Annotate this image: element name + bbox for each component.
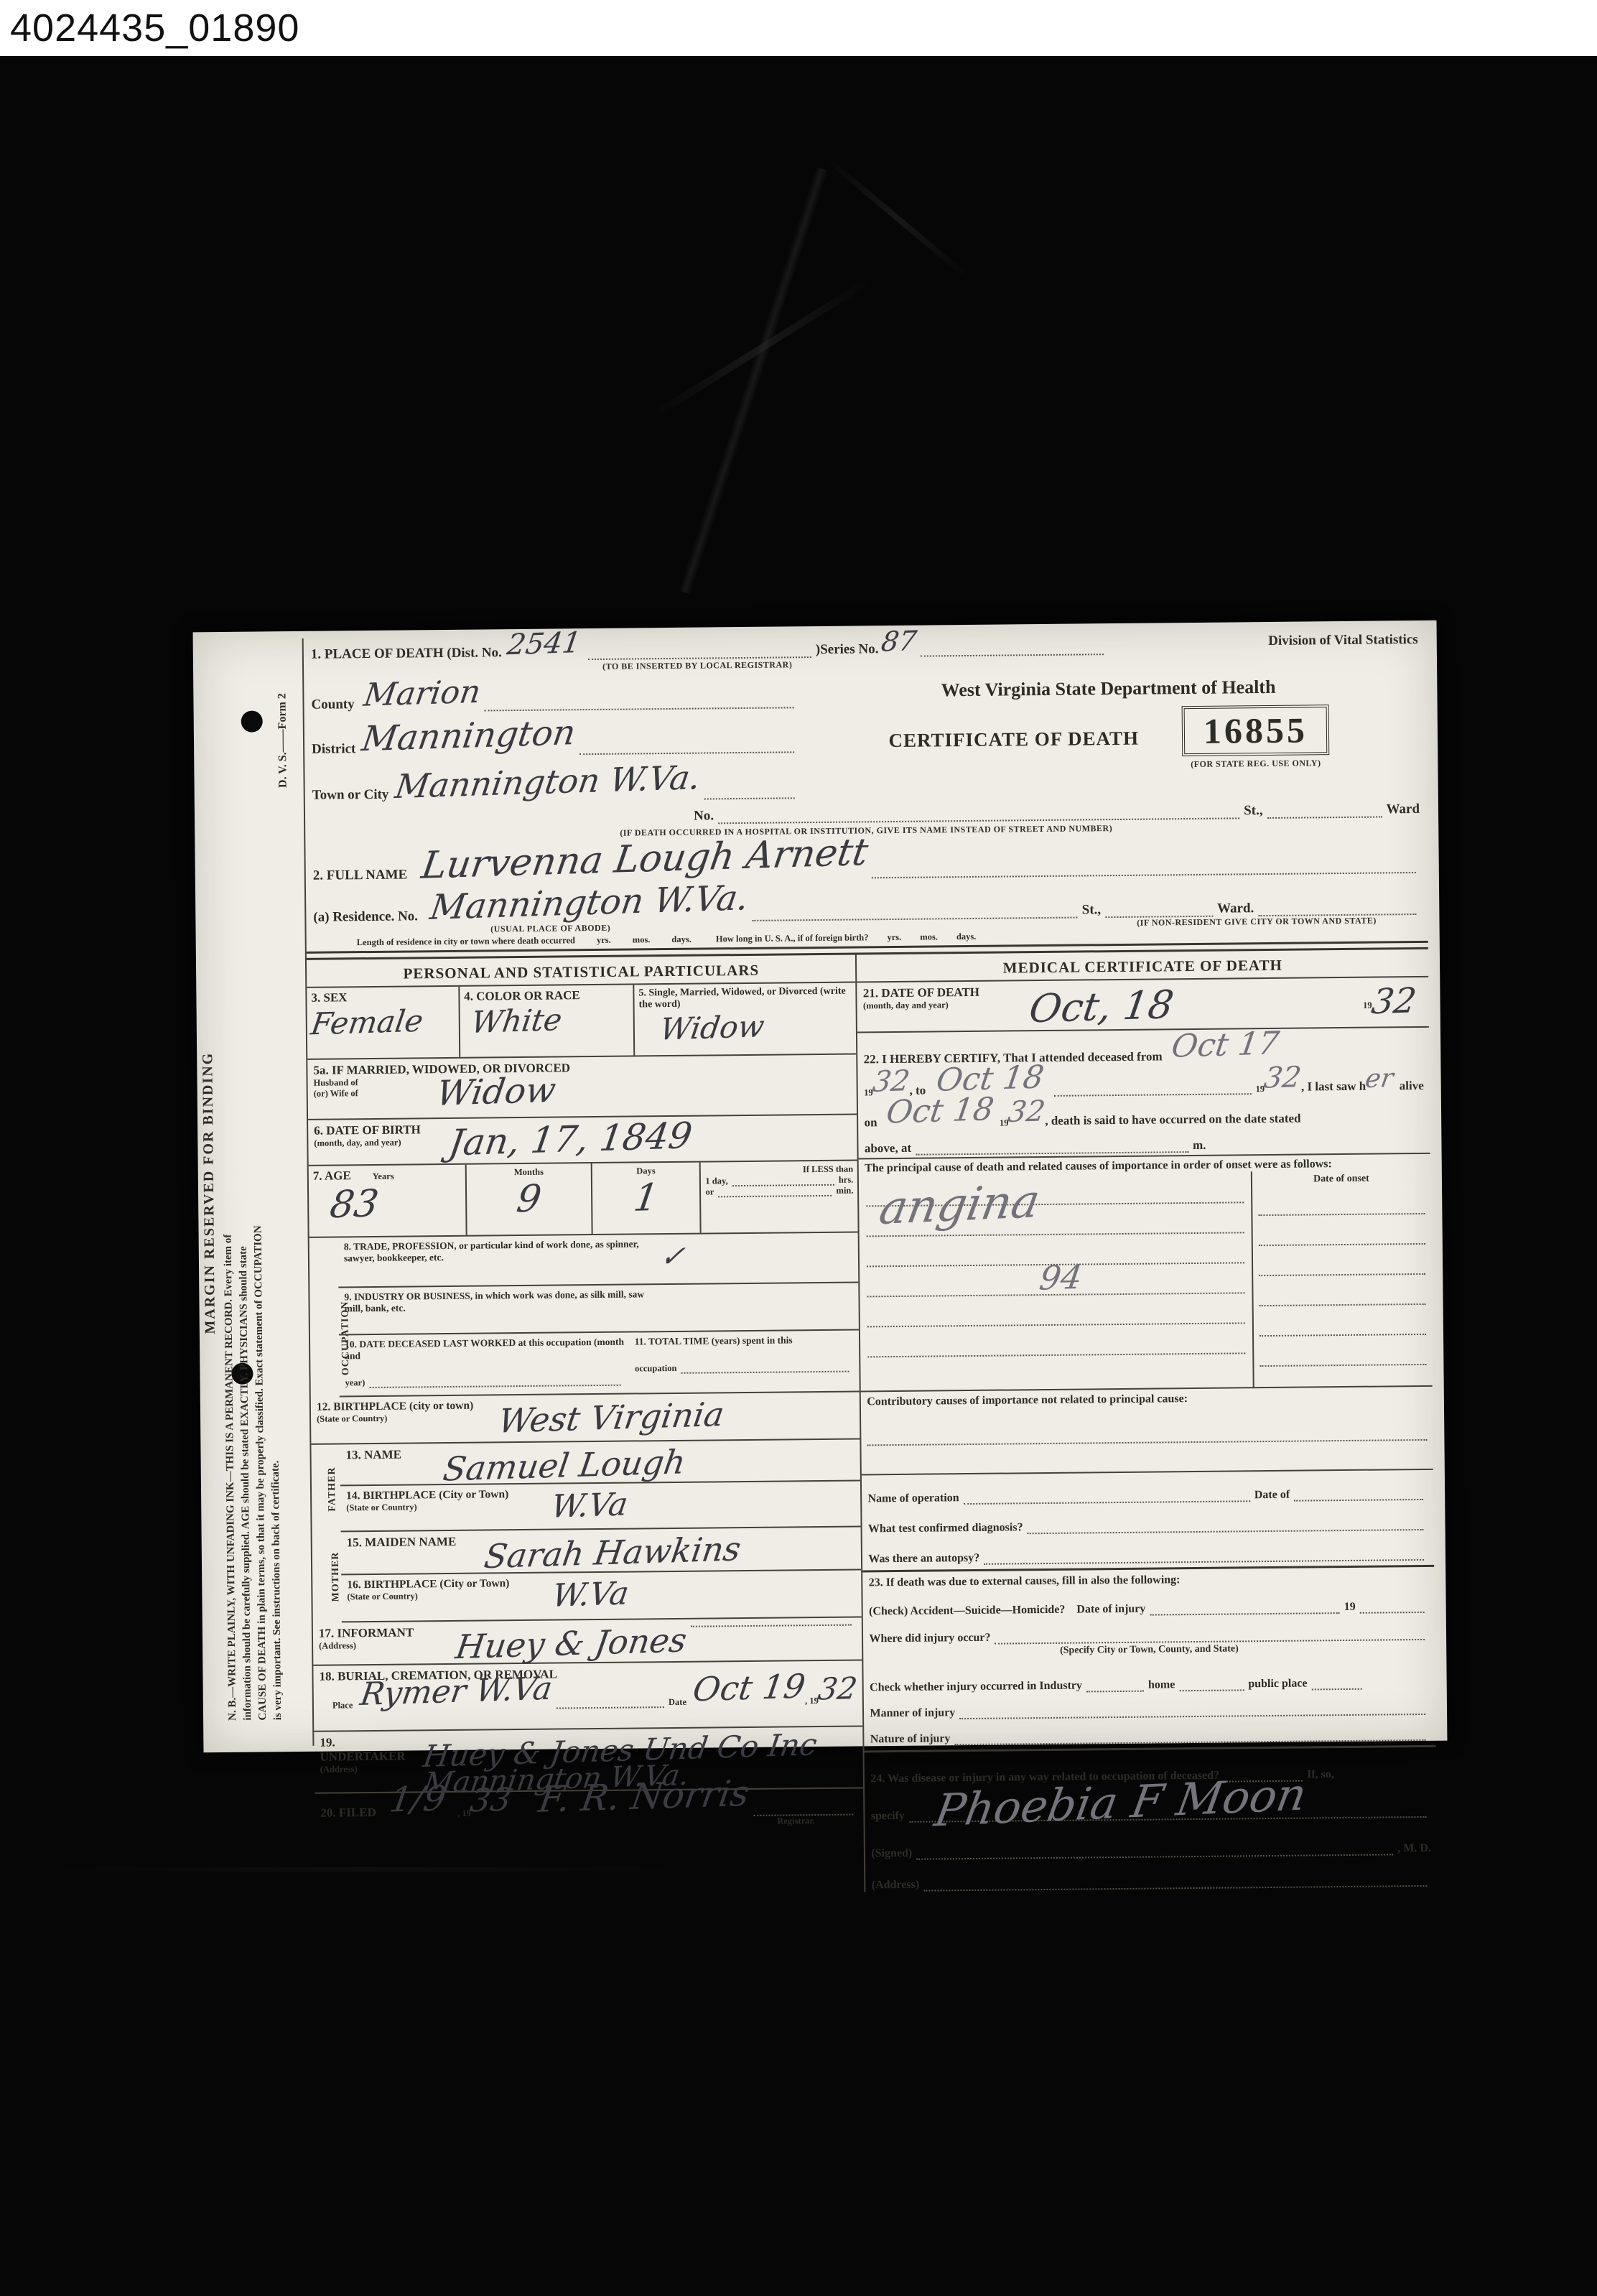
scanned-page: 4024435_01890 MARGIN RESERVED FOR BINDIN… bbox=[0, 0, 1597, 2296]
nature-injury-row: Nature of injury bbox=[865, 1715, 1436, 1753]
dob-label: 6. DATE OF BIRTH bbox=[314, 1123, 421, 1138]
industry-label: 9. INDUSTRY OR BUSINESS, in which work w… bbox=[344, 1288, 649, 1314]
dotted-line bbox=[916, 1148, 1188, 1156]
spouse-value: Widow bbox=[434, 1070, 559, 1114]
county-value: Marion bbox=[362, 674, 483, 714]
dotted-line bbox=[557, 1704, 664, 1709]
test-label: What test confirmed diagnosis? bbox=[868, 1521, 1023, 1535]
cause-of-death-value: angina bbox=[876, 1175, 1044, 1235]
totaltime-label2: occupation bbox=[635, 1363, 676, 1375]
mother-name-value: Sarah Hawkins bbox=[482, 1529, 742, 1571]
division-title: Division of Vital Statistics bbox=[1268, 632, 1418, 649]
external-causes-label: 23. If death was due to external causes,… bbox=[869, 1574, 1181, 1589]
signed-label: (Signed) bbox=[871, 1847, 912, 1861]
date-of-onset-column: Date of onset bbox=[1251, 1170, 1433, 1387]
one-day-label: 1 day, bbox=[705, 1176, 727, 1186]
burial-place-label: Place bbox=[332, 1700, 353, 1711]
mother-bp-label: 16. BIRTHPLACE (City or Town) bbox=[347, 1577, 509, 1591]
dotted-line bbox=[1312, 1686, 1362, 1691]
mother-group: MOTHER 15. MAIDEN NAME Sarah Hawkins 16.… bbox=[312, 1527, 862, 1622]
filed-label: 20. FILED bbox=[320, 1805, 376, 1821]
undertaker-sublabel: (Address) bbox=[320, 1764, 406, 1775]
mother-name-row: 15. MAIDEN NAME Sarah Hawkins bbox=[341, 1527, 862, 1575]
st-label: St., bbox=[1244, 803, 1263, 819]
filed-date-value: 1/9 bbox=[387, 1778, 449, 1820]
nonresident-note: (IF NON-RESIDENT GIVE CITY OR TOWN AND S… bbox=[1137, 916, 1377, 929]
burial-date-value: Oct 19 bbox=[691, 1667, 808, 1709]
dod-sublabel: (month, day and year) bbox=[863, 1000, 979, 1012]
birthplace-label: 12. BIRTHPLACE (city or town) bbox=[317, 1400, 473, 1414]
sex-race-marital-row: 3. SEX Female 4. COLOR OR RACE White 5. … bbox=[307, 983, 856, 1060]
address-label: (Address) bbox=[872, 1879, 920, 1892]
spouse-row: 5a. IF MARRIED, WIDOWED, OR DIVORCED Hus… bbox=[307, 1055, 857, 1120]
place-of-death-label: 1. PLACE OF DEATH (Dist. No. bbox=[311, 645, 502, 663]
where-injury-label: Where did injury occur? bbox=[869, 1632, 990, 1646]
mother-birthplace-row: 16. BIRTHPLACE (City or Town) (State or … bbox=[341, 1570, 862, 1622]
mother-name-label: 15. MAIDEN NAME bbox=[347, 1535, 457, 1570]
industry-check-label: Check whether injury occurred in Industr… bbox=[870, 1680, 1082, 1695]
personal-particulars-column: PERSONAL AND STATISTICAL PARTICULARS 3. … bbox=[307, 954, 866, 1897]
dob-value: Jan, 17, 1849 bbox=[446, 1115, 694, 1162]
operation-date-label: Date of bbox=[1254, 1489, 1290, 1502]
age-months-value: 9 bbox=[514, 1177, 544, 1221]
ruled-line bbox=[1258, 1184, 1425, 1216]
burial-year-value: 32 bbox=[816, 1670, 860, 1707]
autopsy-row: Was there an autopsy? bbox=[862, 1530, 1434, 1573]
scan-streak bbox=[824, 156, 971, 280]
if-so-label: If, so, bbox=[1307, 1768, 1334, 1781]
race-label: 4. COLOR OR RACE bbox=[464, 988, 628, 1004]
sex-value: Female bbox=[309, 1003, 426, 1042]
scan-id-strip: 4024435_01890 bbox=[0, 0, 1597, 56]
certify-block: 22. I HEREBY CERTIFY, That I attended de… bbox=[857, 1028, 1430, 1160]
wife-of-label: (or) Wife of bbox=[314, 1088, 358, 1100]
dotted-line bbox=[923, 1882, 1427, 1892]
age-label: 7. AGE bbox=[313, 1168, 351, 1183]
father-name-value: Samuel Lough bbox=[442, 1442, 688, 1482]
date-of-death-row: 21. DATE OF DEATH (month, day and year) … bbox=[857, 977, 1429, 1033]
trade-row: 8. TRADE, PROFESSION, or particular kind… bbox=[338, 1232, 859, 1288]
father-name-row: 13. NAME Samuel Lough bbox=[340, 1439, 860, 1486]
if-less-label: If LESS than bbox=[705, 1164, 853, 1176]
birthplace-sublabel: (State or Country) bbox=[317, 1413, 473, 1425]
occurred-label: , death is said to have occurred on the … bbox=[1045, 1112, 1300, 1128]
trade-value: ✓ bbox=[658, 1240, 687, 1273]
dotted-line bbox=[681, 1368, 849, 1374]
district-number-value: 2541 bbox=[505, 626, 583, 661]
department-title: West Virginia State Department of Health bbox=[798, 675, 1419, 702]
nature-injury-label: Nature of injury bbox=[870, 1732, 951, 1746]
cause-block: angina 94 Date of onset bbox=[859, 1170, 1432, 1393]
accident-check-row: (Check) Accident—Suicide—Homicide? Date … bbox=[863, 1584, 1435, 1619]
contributory-block: Contributory causes of importance not re… bbox=[861, 1387, 1433, 1476]
industry-check-row: Check whether injury occurred in Industr… bbox=[864, 1662, 1435, 1695]
lastworked-row: 10. DATE DECEASED LAST WORKED at this oc… bbox=[339, 1330, 860, 1397]
trade-label: 8. TRADE, PROFESSION, or particular kind… bbox=[344, 1238, 649, 1264]
specify-row: specify Phoebia F Moon bbox=[865, 1780, 1436, 1823]
series-note: (TO BE INSERTED BY LOCAL REGISTRAR) bbox=[602, 659, 792, 671]
residence-label: (a) Residence. No. bbox=[313, 908, 418, 925]
on-label: on bbox=[864, 1115, 877, 1130]
accident-check-label: (Check) Accident—Suicide—Homicide? bbox=[869, 1604, 1065, 1619]
above-at-label: above, at bbox=[865, 1141, 911, 1156]
full-name-label: 2. FULL NAME bbox=[313, 867, 408, 883]
no-label: No. bbox=[694, 808, 714, 824]
or-label: or bbox=[705, 1186, 714, 1197]
certificate-form: 1. PLACE OF DEATH (Dist. No. 2541 ) Seri… bbox=[302, 628, 1436, 1746]
manner-injury-row: Manner of injury bbox=[864, 1689, 1435, 1721]
operation-label: Name of operation bbox=[868, 1492, 959, 1505]
lastworked-label: 10. DATE DECEASED LAST WORKED at this oc… bbox=[345, 1337, 625, 1362]
series-no-label: Series No. bbox=[820, 641, 878, 658]
birthplace-value: West Virginia bbox=[496, 1395, 727, 1441]
undertaker-label: 19. UNDERTAKER bbox=[320, 1735, 405, 1765]
alive-label: alive bbox=[1400, 1079, 1424, 1093]
on-date-value: Oct 18 bbox=[884, 1091, 996, 1131]
birthplace-row: 12. BIRTHPLACE (city or town) (State or … bbox=[311, 1392, 860, 1444]
filed-row: 20. FILED 1/9 , 19 33 F. R. Norris Regis… bbox=[315, 1788, 864, 1838]
dotted-line bbox=[704, 794, 795, 799]
contributory-label: Contributory causes of importance not re… bbox=[867, 1392, 1259, 1408]
age-days-value: 1 bbox=[631, 1176, 661, 1220]
dob-sublabel: (month, day, and year) bbox=[314, 1137, 421, 1148]
manner-injury-label: Manner of injury bbox=[870, 1706, 955, 1720]
dotted-line bbox=[1267, 813, 1382, 819]
ruled-line bbox=[867, 1293, 1245, 1327]
public-place-label: public place bbox=[1248, 1678, 1307, 1691]
occupation-group: OCCUPATION 8. TRADE, PROFESSION, or part… bbox=[309, 1232, 860, 1397]
yrs-label: yrs. bbox=[887, 932, 901, 943]
certificate-title: CERTIFICATE OF DEATH bbox=[888, 728, 1139, 752]
injury-date-label: Date of injury bbox=[1076, 1603, 1145, 1617]
age-years-label: Years bbox=[373, 1171, 394, 1181]
dod-year-value: 32 bbox=[1369, 980, 1419, 1023]
on-year-value: 32 bbox=[1006, 1094, 1048, 1129]
father-group: FATHER 13. NAME Samuel Lough 14. BIRTHPL… bbox=[311, 1439, 861, 1532]
specify-label: specify bbox=[871, 1810, 905, 1823]
residence-st-label: St., bbox=[1082, 902, 1102, 918]
registration-number-stamp: 16855 bbox=[1182, 705, 1330, 756]
header-row-2: County Marion District Mannington Town o… bbox=[304, 665, 1427, 804]
mos-label: mos. bbox=[920, 931, 938, 942]
medical-certificate-column: MEDICAL CERTIFICATE OF DEATH 21. DATE OF… bbox=[857, 949, 1437, 1892]
ruled-line bbox=[1258, 1214, 1425, 1246]
death-certificate-document: MARGIN RESERVED FOR BINDING N. B.—WRITE … bbox=[193, 621, 1448, 1753]
lastsaw-label: , I last saw h bbox=[1301, 1079, 1366, 1094]
informant-value: Huey & Jones bbox=[454, 1620, 689, 1662]
scan-id-label: 4024435_01890 bbox=[0, 6, 299, 50]
attended-from-value: Oct 17 bbox=[1170, 1025, 1282, 1065]
ruled-line bbox=[867, 1410, 1427, 1446]
father-name-label: 13. NAME bbox=[345, 1448, 401, 1482]
burial-date-label: Date bbox=[669, 1697, 686, 1708]
ruled-line bbox=[1260, 1305, 1426, 1337]
state-reg-note: (FOR STATE REG. USE ONLY) bbox=[1182, 758, 1329, 770]
operation-row: Name of operation Date of bbox=[862, 1470, 1433, 1506]
burial-place-value: Rymer W.Va bbox=[358, 1670, 555, 1713]
ruled-line bbox=[1259, 1245, 1425, 1276]
specify-note: (Specify City or Town, County, and State… bbox=[1060, 1643, 1239, 1655]
dotted-line bbox=[369, 1382, 620, 1388]
father-birthplace-row: 14. BIRTHPLACE (City or Town) (State or … bbox=[340, 1481, 861, 1532]
dotted-line bbox=[1360, 1609, 1425, 1614]
min-label: min. bbox=[836, 1186, 853, 1196]
yrs-label: yrs. bbox=[597, 935, 611, 946]
usa-label: How long in U. S. A., if of foreign birt… bbox=[716, 932, 869, 944]
age-days-label: Days bbox=[597, 1166, 696, 1177]
ruled-line bbox=[1260, 1335, 1426, 1367]
days-label: days. bbox=[956, 931, 977, 942]
lastworked-label2: year) bbox=[345, 1377, 366, 1388]
dod-label: 21. DATE OF DEATH bbox=[863, 985, 979, 1001]
particulars-columns: PERSONAL AND STATISTICAL PARTICULARS 3. … bbox=[307, 949, 1437, 1897]
binding-margin: MARGIN RESERVED FOR BINDING N. B.—WRITE … bbox=[196, 664, 299, 1721]
mother-bp-value: W.Va bbox=[549, 1575, 631, 1616]
ruled-line bbox=[867, 1324, 1245, 1357]
totaltime-label: 11. TOTAL TIME (years) spent in this bbox=[635, 1334, 854, 1348]
cause-code-value: 94 bbox=[1038, 1258, 1086, 1298]
sex-label: 3. SEX bbox=[311, 990, 454, 1005]
series-no-value: 87 bbox=[879, 625, 918, 658]
test-row: What test confirmed diagnosis? bbox=[862, 1500, 1434, 1536]
m-label: m. bbox=[1193, 1138, 1206, 1153]
informant-row: 17. INFORMANT (Address) Huey & Jones bbox=[313, 1617, 862, 1665]
race-value: White bbox=[469, 1002, 564, 1040]
mos-label: mos. bbox=[633, 934, 651, 945]
father-bp-value: W.Va bbox=[549, 1486, 630, 1525]
registrar-signature: F. R. Norris bbox=[536, 1772, 753, 1821]
mother-side-label: MOTHER bbox=[330, 1552, 343, 1602]
dod-value: Oct, 18 bbox=[1027, 982, 1176, 1028]
informant-label: 17. INFORMANT bbox=[319, 1625, 414, 1640]
dotted-line bbox=[955, 1737, 1426, 1745]
burial-row: 18. BURIAL, CREMATION, OR REMOVAL Place … bbox=[313, 1660, 862, 1732]
hrs-label: hrs. bbox=[839, 1175, 854, 1186]
dotted-line bbox=[1086, 1688, 1144, 1693]
length-residence-label: Length of residence in city or town wher… bbox=[357, 935, 575, 948]
age-months-label: Months bbox=[471, 1166, 587, 1179]
dotted-line bbox=[1179, 1686, 1244, 1691]
mother-bp-sublabel: (State or Country) bbox=[347, 1590, 509, 1602]
to-year-value: 32 bbox=[1262, 1061, 1304, 1095]
pronoun-value: er bbox=[1364, 1064, 1396, 1094]
ruled-line bbox=[1259, 1275, 1425, 1306]
address-row: (Address) bbox=[865, 1855, 1437, 1892]
days-label: days. bbox=[671, 934, 692, 945]
scan-streak bbox=[650, 276, 873, 419]
md-label: , M. D. bbox=[1397, 1842, 1431, 1855]
scan-streak bbox=[679, 167, 829, 594]
age-years-value: 83 bbox=[327, 1182, 381, 1227]
filed-year-value: 33 bbox=[468, 1782, 514, 1820]
injury-19-label: 19 bbox=[1344, 1601, 1356, 1614]
district-label: District bbox=[312, 741, 355, 758]
age-row: 7. AGE Years 83 Months 9 Days 1 bbox=[309, 1161, 858, 1237]
husband-of-label: Husband of bbox=[314, 1077, 358, 1089]
father-bp-sublabel: (State or Country) bbox=[346, 1501, 508, 1513]
dotted-line bbox=[718, 1192, 832, 1198]
town-label: Town or City bbox=[312, 787, 389, 804]
dotted-line bbox=[691, 1622, 852, 1627]
marital-value: Widow bbox=[658, 1008, 767, 1046]
dotted-line bbox=[984, 1556, 1424, 1565]
district-value: Mannington bbox=[360, 712, 579, 759]
residence-ward-label: Ward. bbox=[1217, 901, 1254, 916]
father-bp-label: 14. BIRTHPLACE (City or Town) bbox=[346, 1488, 508, 1502]
autopsy-label: Was there an autopsy? bbox=[868, 1552, 979, 1566]
town-value: Mannington W.Va. bbox=[393, 758, 703, 806]
marital-label: 5. Single, Married, Widowed, or Divorced… bbox=[638, 986, 852, 1011]
informant-sublabel: (Address) bbox=[319, 1640, 414, 1651]
dob-row: 6. DATE OF BIRTH (month, day, and year) … bbox=[308, 1115, 857, 1166]
father-side-label: FATHER bbox=[327, 1467, 339, 1511]
where-injury-row: Where did injury occur? bbox=[863, 1613, 1435, 1646]
ward-label: Ward bbox=[1386, 801, 1420, 817]
home-label: home bbox=[1148, 1678, 1175, 1691]
county-label: County bbox=[311, 697, 354, 713]
industry-row: 9. INDUSTRY OR BUSINESS, in which work w… bbox=[338, 1283, 859, 1335]
